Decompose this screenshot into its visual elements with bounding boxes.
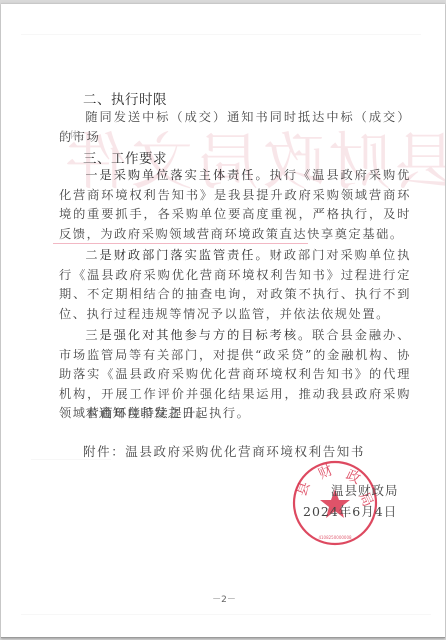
page-number: －2－ [1, 592, 445, 605]
attachment-line: 附件：温县政府采购优化营商环境权利告知书 [83, 442, 365, 460]
requirement-3-lead: 三是强化对其他参与方的目标考核。 [85, 328, 312, 342]
scan-artifact [21, 614, 431, 615]
svg-text:县: 县 [294, 480, 314, 499]
red-underline-mark [53, 243, 308, 244]
section-2-line2: 主体。 [59, 127, 411, 147]
section-heading-execution-period: 二、执行时限 [83, 88, 167, 108]
scan-artifact [21, 34, 421, 35]
requirement-item-1: 一是采购单位落实主体责任。执行《温县政府采购优化营商环境权利告知书》是我县提升政… [59, 166, 411, 244]
closing-statement: 本通知自印发之日起执行。 [59, 404, 411, 424]
section-heading-work-requirements: 三、工作要求 [83, 147, 167, 167]
document-page: 温县财政局文件 二、执行时限 随同发送中标（成交）通知书同时抵达中标（成交）的市… [1, 3, 445, 638]
svg-text:4108250000008: 4108250000008 [318, 535, 352, 540]
requirement-item-2: 二是财政部门落实监管责任。财政部门对采购单位执行《温县政府采购优化营商环境权利告… [59, 246, 411, 324]
issue-date: 2024年6月4日 [303, 502, 397, 520]
closing-text: 本通知自印发之日起执行。 [85, 406, 250, 420]
requirement-2-lead: 二是财政部门落实监管责任。 [85, 248, 270, 262]
requirement-1-lead: 一是采购单位落实主体责任。 [85, 168, 270, 182]
issuing-organization: 温县财政局 [331, 481, 399, 499]
